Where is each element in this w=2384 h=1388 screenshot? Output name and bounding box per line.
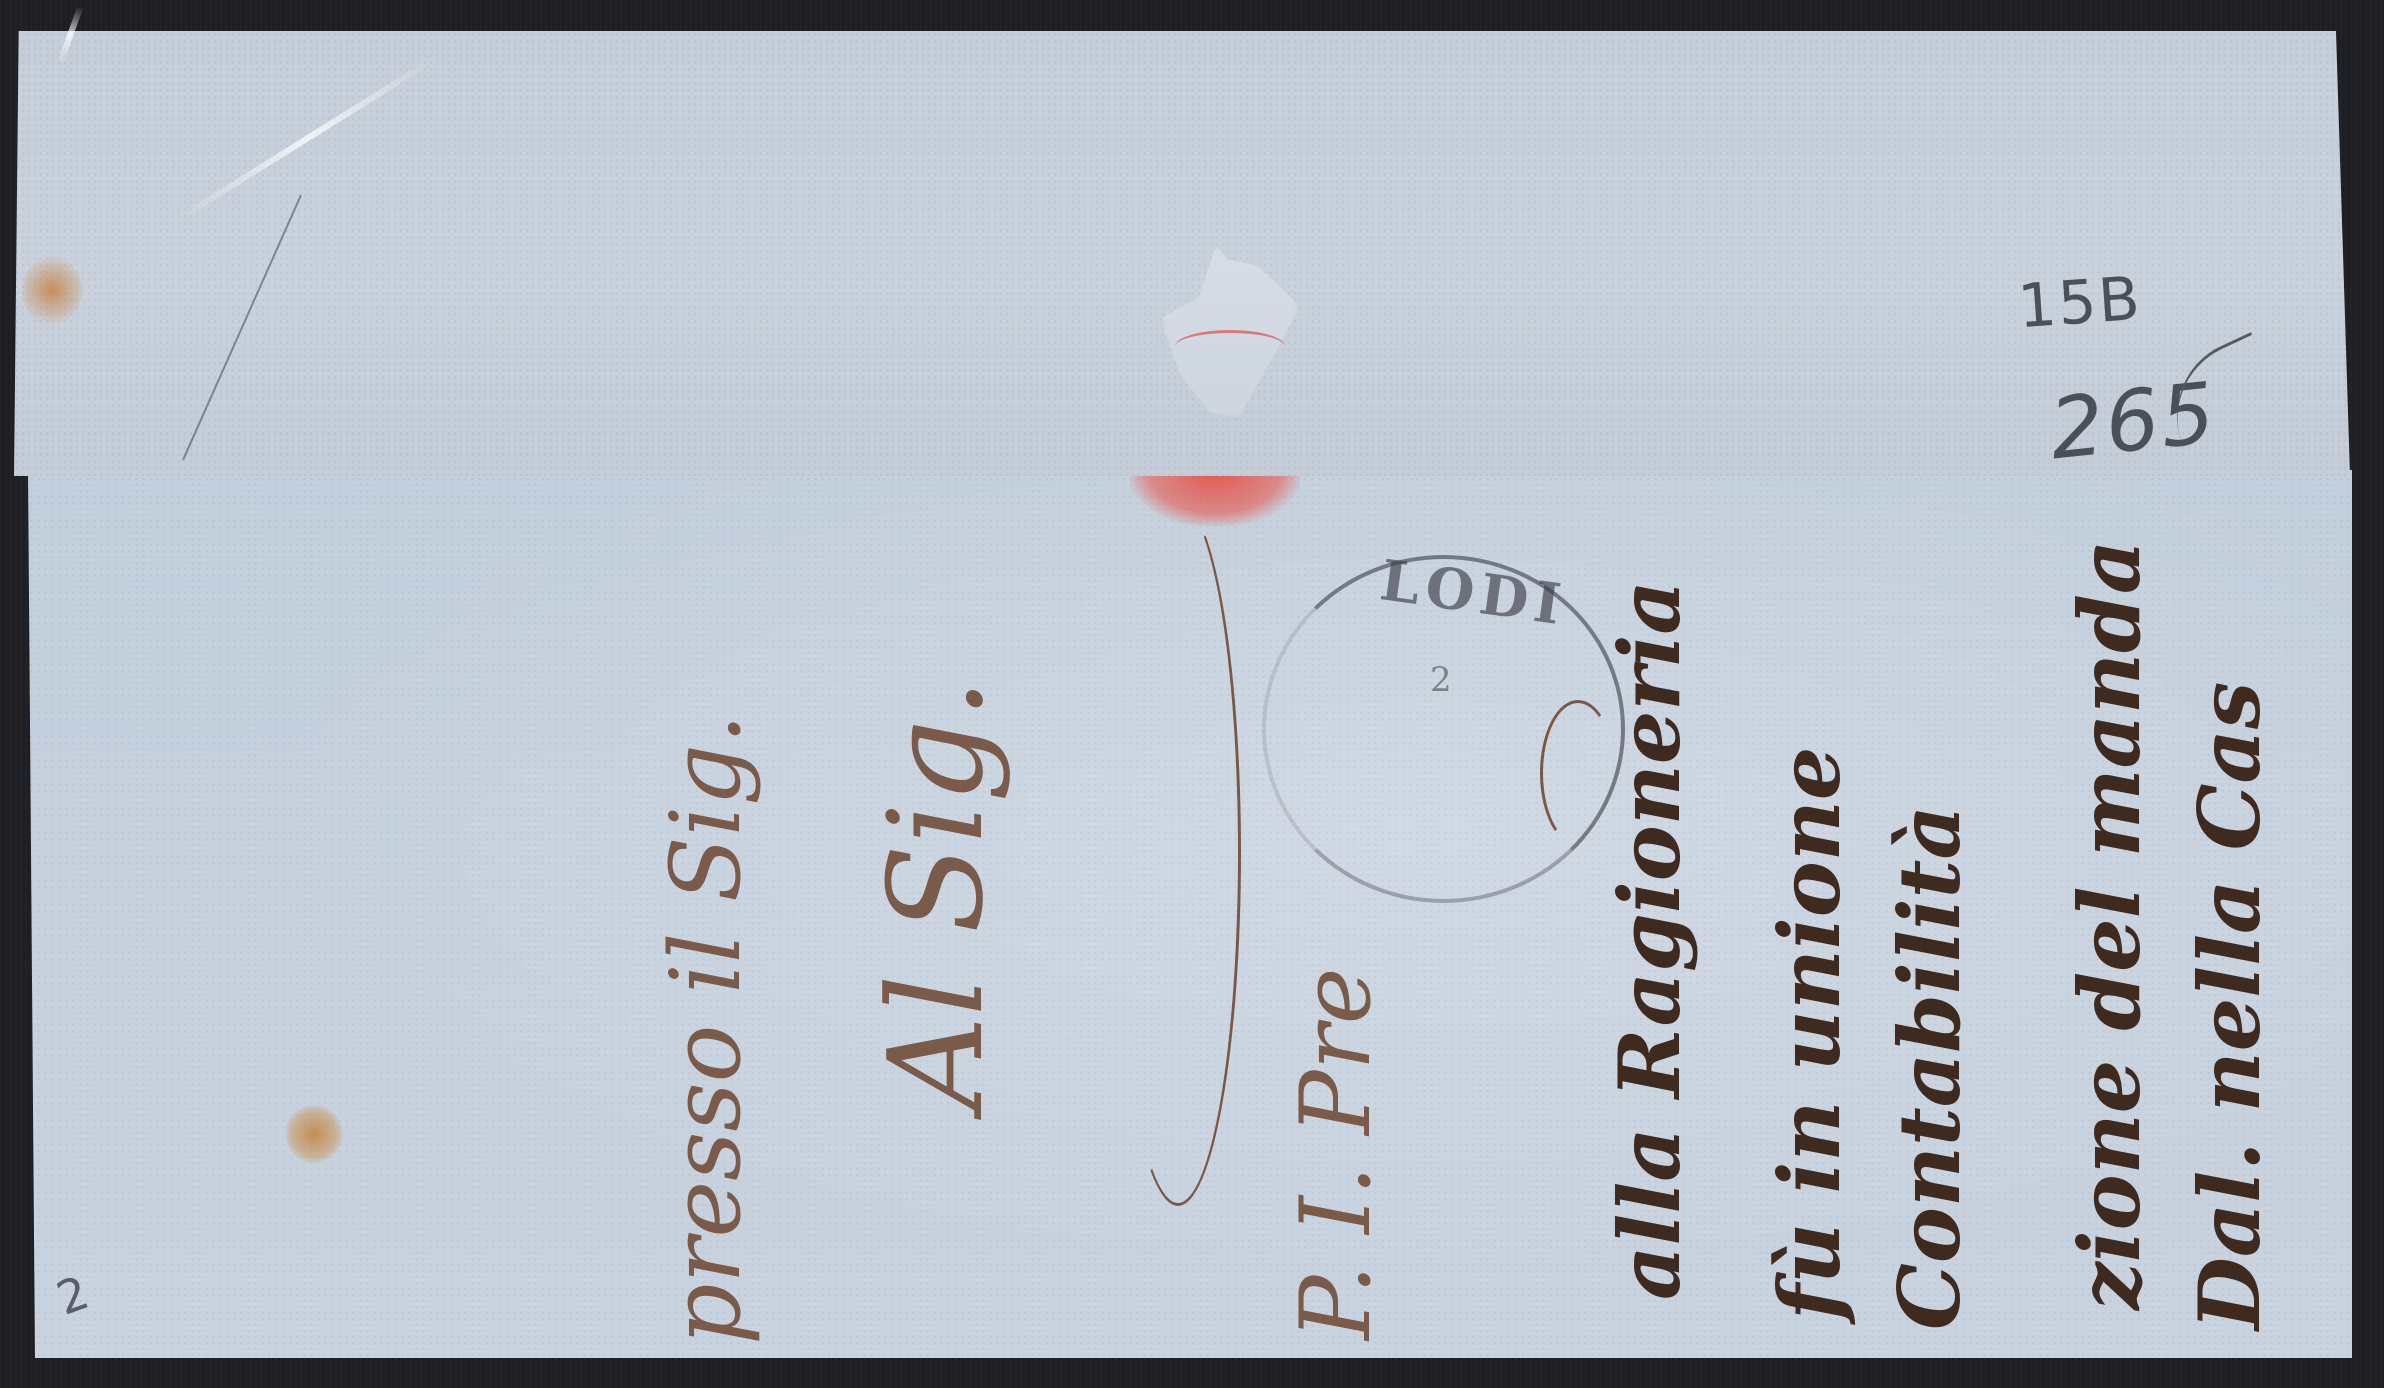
ink-flourish — [1540, 700, 1616, 846]
handwriting-column: zione del manda — [2060, 540, 2159, 1310]
foxing-stain — [285, 1105, 343, 1163]
pencil-catalog-ref: 15B — [2016, 264, 2144, 342]
wax-seal — [1130, 470, 1300, 526]
handwriting-column: Al Sig. — [860, 678, 1012, 1110]
handwriting-column: Dal. nella Cas — [2180, 682, 2279, 1330]
postmark-day: 2 — [1430, 660, 1452, 700]
ink-flourish — [1115, 500, 1241, 1206]
foxing-stain — [22, 255, 82, 325]
handwriting-column: alla Ragioneria — [1600, 580, 1699, 1300]
handwriting-column: presso il Sig. — [650, 714, 762, 1345]
handwriting-column: P. I. Pre — [1280, 968, 1392, 1340]
handwriting-column: Contabilità — [1880, 805, 1979, 1330]
handwriting-column: fù in unione — [1760, 747, 1859, 1320]
wax-seal-residue — [1175, 330, 1285, 363]
